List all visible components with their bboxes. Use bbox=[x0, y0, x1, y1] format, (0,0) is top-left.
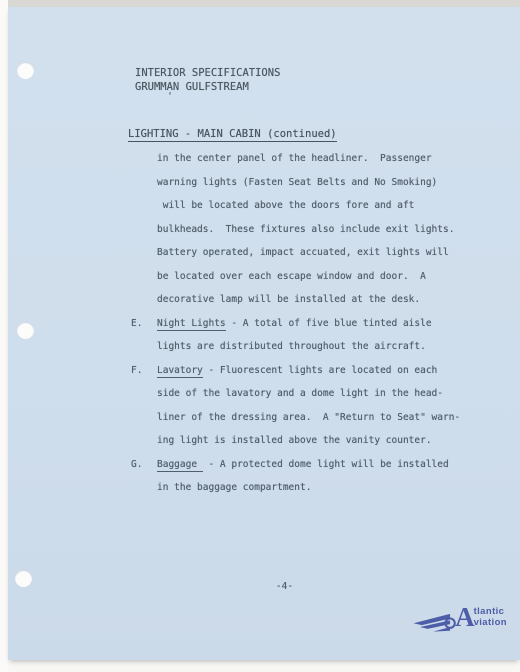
section-g-title: Baggage bbox=[157, 459, 203, 472]
section-e-first-line: E.Night Lights - A total of five blue ti… bbox=[157, 312, 487, 336]
header-line-1: INTERIOR SPECIFICATIONS bbox=[135, 67, 280, 81]
section-g-rest: - A protected dome light will be install… bbox=[203, 459, 449, 470]
logo-wordmark: tlanticviation bbox=[474, 607, 507, 628]
section-heading-text: LIGHTING - MAIN CABIN (continued) bbox=[128, 128, 337, 142]
logo-word-bottom: viation bbox=[474, 618, 507, 629]
section-f-label: F. bbox=[131, 359, 142, 383]
scan-margin bbox=[0, 0, 8, 672]
page-number: -4- bbox=[8, 581, 520, 592]
text-line: in the baggage compartment. bbox=[157, 476, 487, 500]
text-line: in the center panel of the headliner. Pa… bbox=[157, 147, 487, 171]
text-line: ing light is installed above the vanity … bbox=[157, 429, 487, 453]
text-line: liner of the dressing area. A "Return to… bbox=[157, 406, 487, 430]
text-line: be located over each escape window and d… bbox=[157, 265, 487, 289]
section-f-first-line: F.Lavatory - Fluorescent lights are loca… bbox=[157, 359, 487, 383]
scanner-edge bbox=[0, 0, 520, 7]
section-f-rest: - Fluorescent lights are located on each bbox=[203, 365, 438, 376]
text-line: warning lights (Fasten Seat Belts and No… bbox=[157, 171, 487, 195]
text-line: bulkheads. These fixtures also include e… bbox=[157, 218, 487, 242]
section-heading: LIGHTING - MAIN CABIN (continued) bbox=[128, 128, 337, 140]
header-line-2: GRUMMAN GULFSTREAM bbox=[135, 81, 280, 95]
section-e-rest: - A total of five blue tinted aisle bbox=[226, 318, 432, 329]
section-e-title: Night Lights bbox=[157, 318, 226, 331]
text-line: decorative lamp will be installed at the… bbox=[157, 288, 487, 312]
text-line: will be located above the doors fore and… bbox=[157, 194, 487, 218]
section-g-label: G. bbox=[131, 453, 142, 477]
logo-word-top: tlantic bbox=[474, 607, 507, 618]
section-g-first-line: G.Baggage - A protected dome light will … bbox=[157, 453, 487, 477]
logo-big-letter: A bbox=[455, 604, 475, 630]
text-line: Battery operated, impact accuated, exit … bbox=[157, 241, 487, 265]
document-header: INTERIOR SPECIFICATIONSGRUMMAN GULFSTREA… bbox=[135, 67, 280, 94]
wing-icon bbox=[412, 611, 460, 646]
text-line: side of the lavatory and a dome light in… bbox=[157, 382, 487, 406]
body-text: in the center panel of the headliner. Pa… bbox=[157, 147, 487, 500]
section-f-title: Lavatory bbox=[157, 365, 203, 378]
stray-mark: ' bbox=[167, 91, 173, 102]
atlantic-aviation-logo: A tlanticviation bbox=[412, 604, 507, 646]
text-line: lights are distributed throughout the ai… bbox=[157, 335, 487, 359]
section-e-label: E. bbox=[131, 312, 142, 336]
punch-hole-middle bbox=[17, 322, 34, 339]
punch-hole-top bbox=[17, 62, 34, 79]
document-page: INTERIOR SPECIFICATIONSGRUMMAN GULFSTREA… bbox=[8, 7, 520, 660]
